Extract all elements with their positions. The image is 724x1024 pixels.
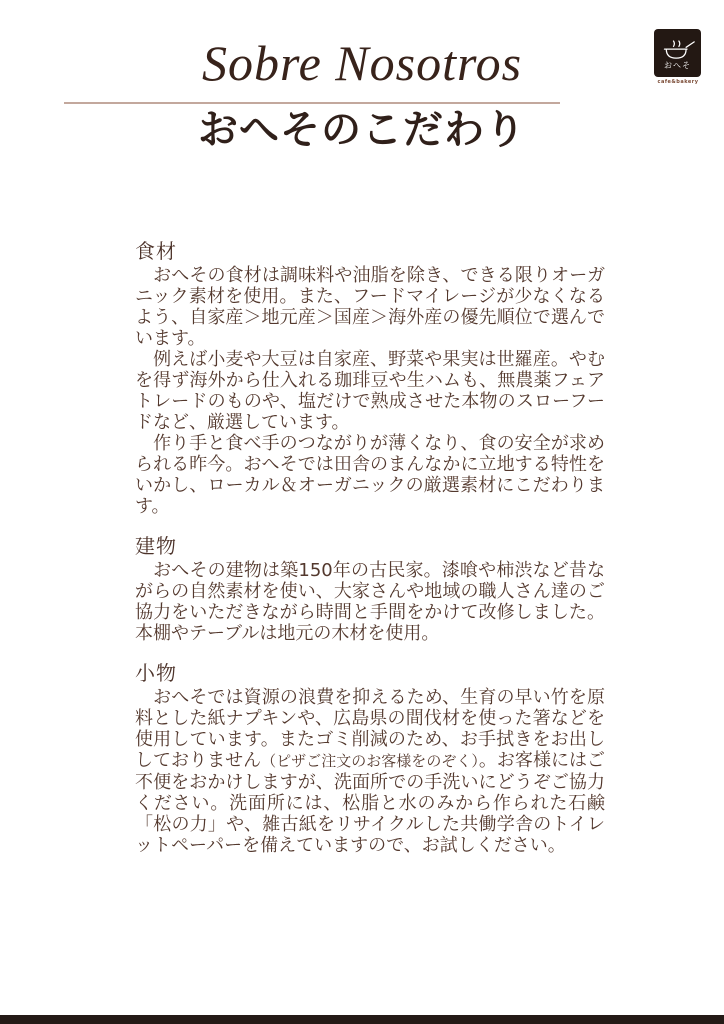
page-content: 食材 おへその食材は調味料や油脂を除き、できる限りオーガニック素材を使用。また、… bbox=[135, 238, 605, 856]
section-building: 建物 おへその建物は築150年の古民家。漆喰や柿渋など昔ながらの自然素材を使い、… bbox=[135, 533, 605, 644]
logo-mark: おへそ bbox=[654, 29, 701, 77]
paragraph: おへそでは資源の浪費を抑えるため、生育の早い竹を原料とした紙ナプキンや、広島県の… bbox=[135, 687, 605, 856]
section-small-items: 小物 おへそでは資源の浪費を抑えるため、生育の早い竹を原料とした紙ナプキンや、広… bbox=[135, 660, 605, 856]
paragraph-note: （ピザご注文のお客様をのぞく） bbox=[261, 752, 479, 770]
logo-name-text: おへそ bbox=[664, 61, 691, 70]
page-title-latin: Sobre Nosotros bbox=[0, 34, 724, 92]
shop-logo: おへそ cafe&bakery bbox=[654, 29, 702, 85]
section-heading-small-items: 小物 bbox=[135, 660, 605, 687]
logo-caption-text: cafe&bakery bbox=[654, 79, 702, 85]
paragraph: 作り手と食べ手のつながりが薄くなり、食の安全が求められる昨今。おへそでは田舎のま… bbox=[135, 433, 605, 517]
paragraph: おへその建物は築150年の古民家。漆喰や柿渋など昔ながらの自然素材を使い、大家さ… bbox=[135, 560, 605, 644]
page-title-japanese: おへそのこだわり bbox=[0, 106, 724, 154]
section-heading-ingredients: 食材 bbox=[135, 238, 605, 265]
donabe-pot-icon bbox=[660, 39, 696, 61]
section-heading-building: 建物 bbox=[135, 533, 605, 560]
footer-bar bbox=[0, 1015, 724, 1024]
paragraph: おへその食材は調味料や油脂を除き、できる限りオーガニック素材を使用。また、フード… bbox=[135, 265, 605, 349]
title-divider bbox=[64, 102, 560, 104]
section-ingredients: 食材 おへその食材は調味料や油脂を除き、できる限りオーガニック素材を使用。また、… bbox=[135, 238, 605, 517]
flyer-page: おへそ cafe&bakery Sobre Nosotros おへそのこだわり … bbox=[0, 0, 724, 1024]
page-header: Sobre Nosotros おへそのこだわり bbox=[0, 0, 724, 154]
paragraph: 例えば小麦や大豆は自家産、野菜や果実は世羅産。やむを得ず海外から仕入れる珈琲豆や… bbox=[135, 349, 605, 433]
